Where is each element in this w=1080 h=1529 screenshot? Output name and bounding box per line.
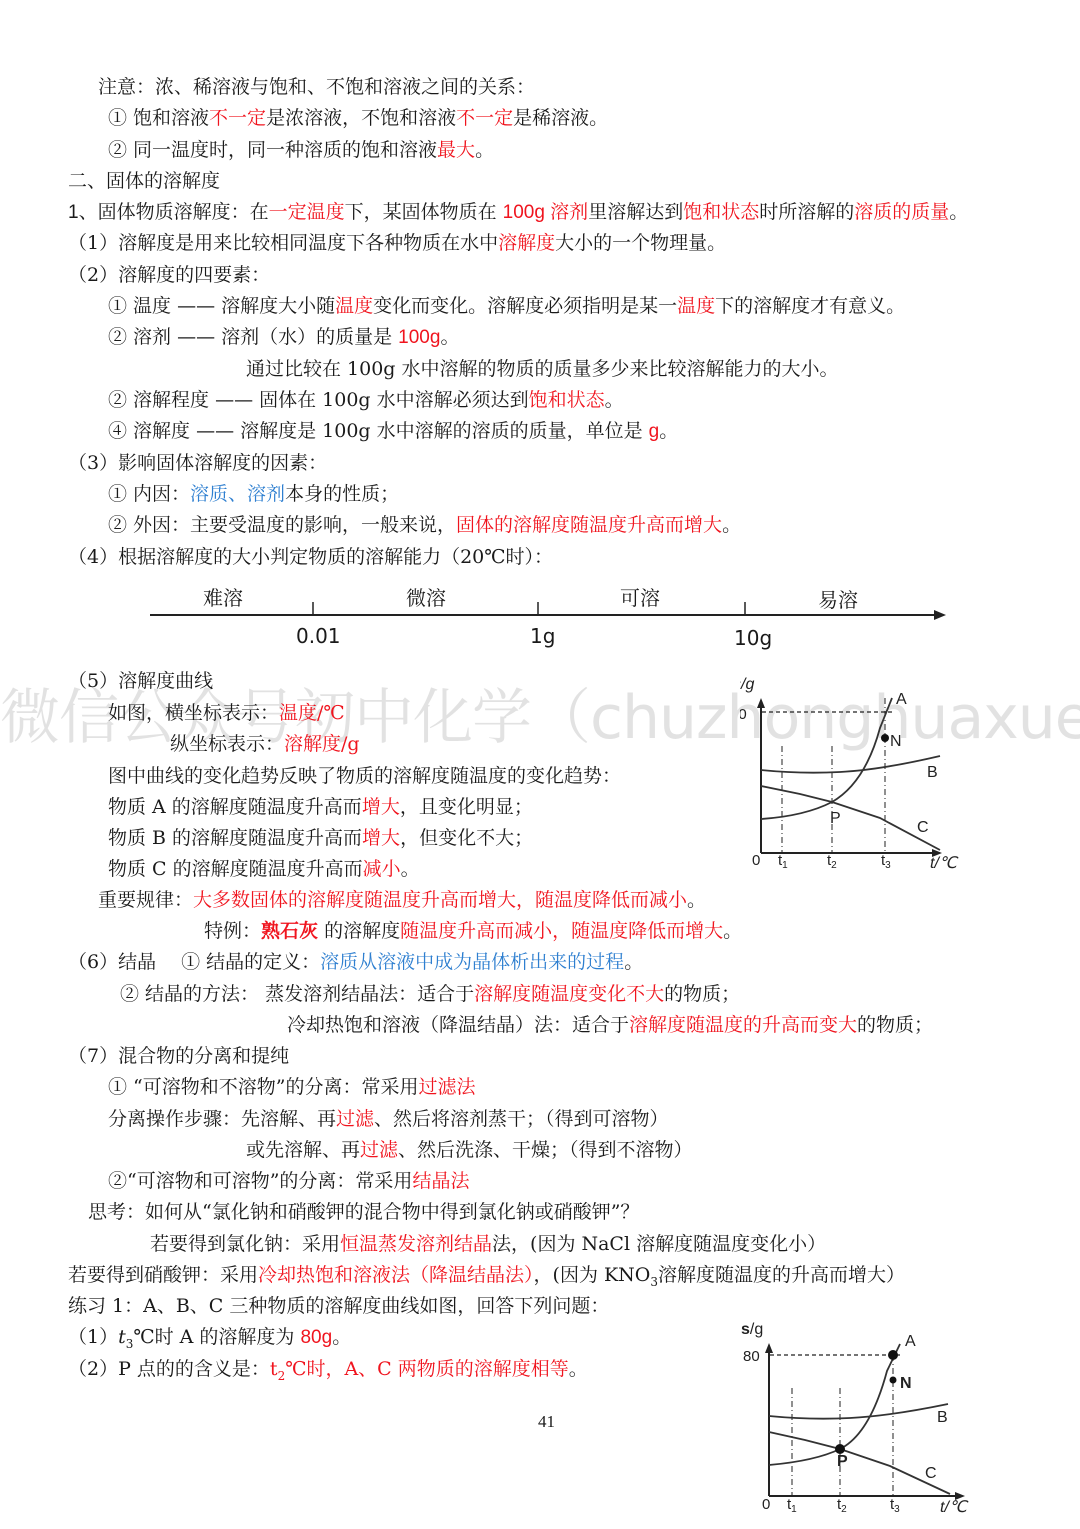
separation-filtration: ① “可溶物和不溶物”的分离：常采用过滤法 — [108, 1075, 475, 1099]
element-unit: ④ 溶解度 —— 溶解度是 100g 水中溶解的溶质的质量，单位是 g。 — [108, 419, 678, 444]
point-4-title: （4）根据溶解度的大小判定物质的溶解能力（20℃时）： — [68, 545, 553, 569]
note-title: 注意：浓、稀溶液与饱和、不饱和溶液之间的关系： — [98, 75, 535, 99]
region-slightly-soluble: 微溶 — [406, 582, 446, 611]
page-number: 41 — [538, 1412, 555, 1432]
solubility-scale: 难溶 微溶 可溶 易溶 0.01 1g 10g — [148, 580, 948, 656]
think-question: 思考：如何从“氯化钠和硝酸钾的混合物中得到氯化钠或硝酸钾”？ — [88, 1200, 639, 1224]
x-axis-meaning: 如图，横坐标表示：温度/℃ — [108, 701, 345, 725]
element-solvent: ② 溶剂 —— 溶剂（水）的质量是 100g。 — [108, 325, 459, 350]
important-rule: 重要规律：大多数固体的溶解度随温度升高而增大，随温度降低而减小。 — [98, 888, 706, 912]
y-axis-label: s/g — [740, 676, 754, 693]
region-insoluble: 难溶 — [203, 582, 243, 611]
tick-0-01: 0.01 — [296, 624, 341, 648]
svg-text:C: C — [925, 1465, 937, 1482]
element-solvent-note: 通过比较在 100g 水中溶解的物质的质量多少来比较溶解能力的大小。 — [246, 357, 839, 381]
trend-a: 物质 A 的溶解度随温度升高而增大，且变化明显； — [108, 795, 533, 819]
svg-text:A: A — [896, 691, 907, 708]
svg-text:N: N — [900, 1375, 912, 1392]
separation-crystallization: ②“可溶物和可溶物”的分离：常采用结晶法 — [108, 1169, 469, 1193]
svg-text:N: N — [890, 733, 902, 750]
trend-b: 物质 B 的溶解度随温度升高而增大，但变化不大； — [108, 826, 533, 850]
exercise-title: 练习 1：A、B、C 三种物质的溶解度曲线如图，回答下列问题： — [68, 1294, 609, 1318]
point-7-title: （7）混合物的分离和提纯 — [68, 1044, 289, 1068]
note-item-2: ② 同一温度时，同一种溶质的饱和溶液最大。 — [108, 138, 494, 162]
internal-factor: ① 内因：溶质、溶剂本身的性质； — [108, 482, 399, 506]
svg-text:t1: t1 — [787, 1496, 797, 1515]
exercise-q2: （2）P 点的的含义是：t2℃时，A、C 两物质的溶解度相等。 — [68, 1357, 588, 1388]
exercise-q1: （1）t3℃时 A 的溶解度为 80g。 — [68, 1325, 351, 1356]
solubility-curve-chart: s/g 80 0 t1 t2 t3 t/℃ A B C P N — [740, 668, 980, 878]
trend-c: 物质 C 的溶解度随温度升高而减小。 — [108, 857, 420, 881]
svg-text:B: B — [927, 764, 938, 781]
svg-text:B: B — [937, 1409, 948, 1426]
exercise-solubility-chart: s/g 80 0 t1 t2 t3 t/℃ A B C P N — [735, 1316, 985, 1526]
point-1: （1）溶解度是用来比较相同温度下各种物质在水中溶解度大小的一个物理量。 — [68, 231, 726, 255]
svg-text:s/g: s/g — [741, 1321, 763, 1338]
svg-text:t2: t2 — [837, 1496, 847, 1515]
point-2-title: （2）溶解度的四要素： — [68, 263, 270, 287]
solubility-definition: 1、固体物质溶解度：在一定温度下，某固体物质在 100g 溶剂里溶解达到饱和状态… — [68, 200, 968, 225]
svg-text:A: A — [905, 1333, 916, 1350]
think-nacl: 若要得到氯化钠：采用恒温蒸发溶剂结晶法，(因为 NaCl 溶解度随温度变化小） — [150, 1232, 826, 1256]
separation-steps-2: 或先溶解、再过滤、然后洗涤、干燥；（得到不溶物） — [246, 1138, 693, 1162]
svg-text:80: 80 — [743, 1348, 760, 1365]
crystallization-definition: （6）结晶 ① 结晶的定义：溶质从溶液中成为晶体析出来的过程。 — [68, 950, 643, 974]
svg-text:t3: t3 — [881, 852, 891, 871]
separation-steps-1: 分离操作步骤：先溶解、再过滤、然后将溶剂蒸干；（得到可溶物） — [108, 1107, 669, 1131]
svg-text:t/℃: t/℃ — [930, 855, 959, 872]
svg-text:80: 80 — [740, 706, 747, 723]
svg-text:C: C — [917, 819, 929, 836]
tick-1g: 1g — [530, 624, 555, 648]
element-temperature: ① 温度 —— 溶解度大小随温度变化而变化。溶解度必须指明是某一温度下的溶解度才… — [108, 294, 905, 318]
svg-text:t2: t2 — [827, 852, 837, 871]
region-very-soluble: 易溶 — [818, 584, 858, 613]
special-case: 特例：熟石灰 的溶解度随温度升高而减小，随温度降低而增大。 — [204, 919, 742, 943]
svg-text:0: 0 — [762, 1496, 770, 1513]
svg-text:t1: t1 — [778, 852, 788, 871]
tick-10g: 10g — [734, 626, 772, 650]
svg-text:0: 0 — [752, 852, 760, 869]
svg-text:t3: t3 — [890, 1496, 900, 1515]
svg-text:t/℃: t/℃ — [940, 1499, 969, 1516]
external-factor: ② 外因：主要受温度的影响，一般来说，固体的溶解度随温度升高而增大。 — [108, 513, 741, 537]
trend-intro: 图中曲线的变化趋势反映了物质的溶解度随温度的变化趋势： — [108, 764, 621, 788]
svg-text:P: P — [837, 1453, 848, 1470]
think-kno3: 若要得到硝酸钾：采用冷却热饱和溶液法（降温结晶法），(因为 KNO3溶解度随温度… — [68, 1263, 905, 1294]
crystallization-cooling: 冷却热饱和溶液（降温结晶）法：适合于溶解度随温度的升高而变大的物质； — [287, 1013, 933, 1037]
section-heading: 二、固体的溶解度 — [68, 169, 220, 193]
y-axis-meaning: 纵坐标表示：溶解度/g — [170, 732, 360, 756]
crystallization-evaporation: ② 结晶的方法： 蒸发溶剂结晶法：适合于溶解度随温度变化不大的物质； — [120, 982, 740, 1006]
region-soluble: 可溶 — [620, 582, 660, 611]
note-item-1: ① 饱和溶液不一定是浓溶液，不饱和溶液不一定是稀溶液。 — [108, 106, 608, 130]
point-3-title: （3）影响固体溶解度的因素： — [68, 451, 327, 475]
element-degree: ② 溶解程度 —— 固体在 100g 水中溶解必须达到饱和状态。 — [108, 388, 624, 412]
point-5-title: （5）溶解度曲线 — [68, 669, 213, 693]
